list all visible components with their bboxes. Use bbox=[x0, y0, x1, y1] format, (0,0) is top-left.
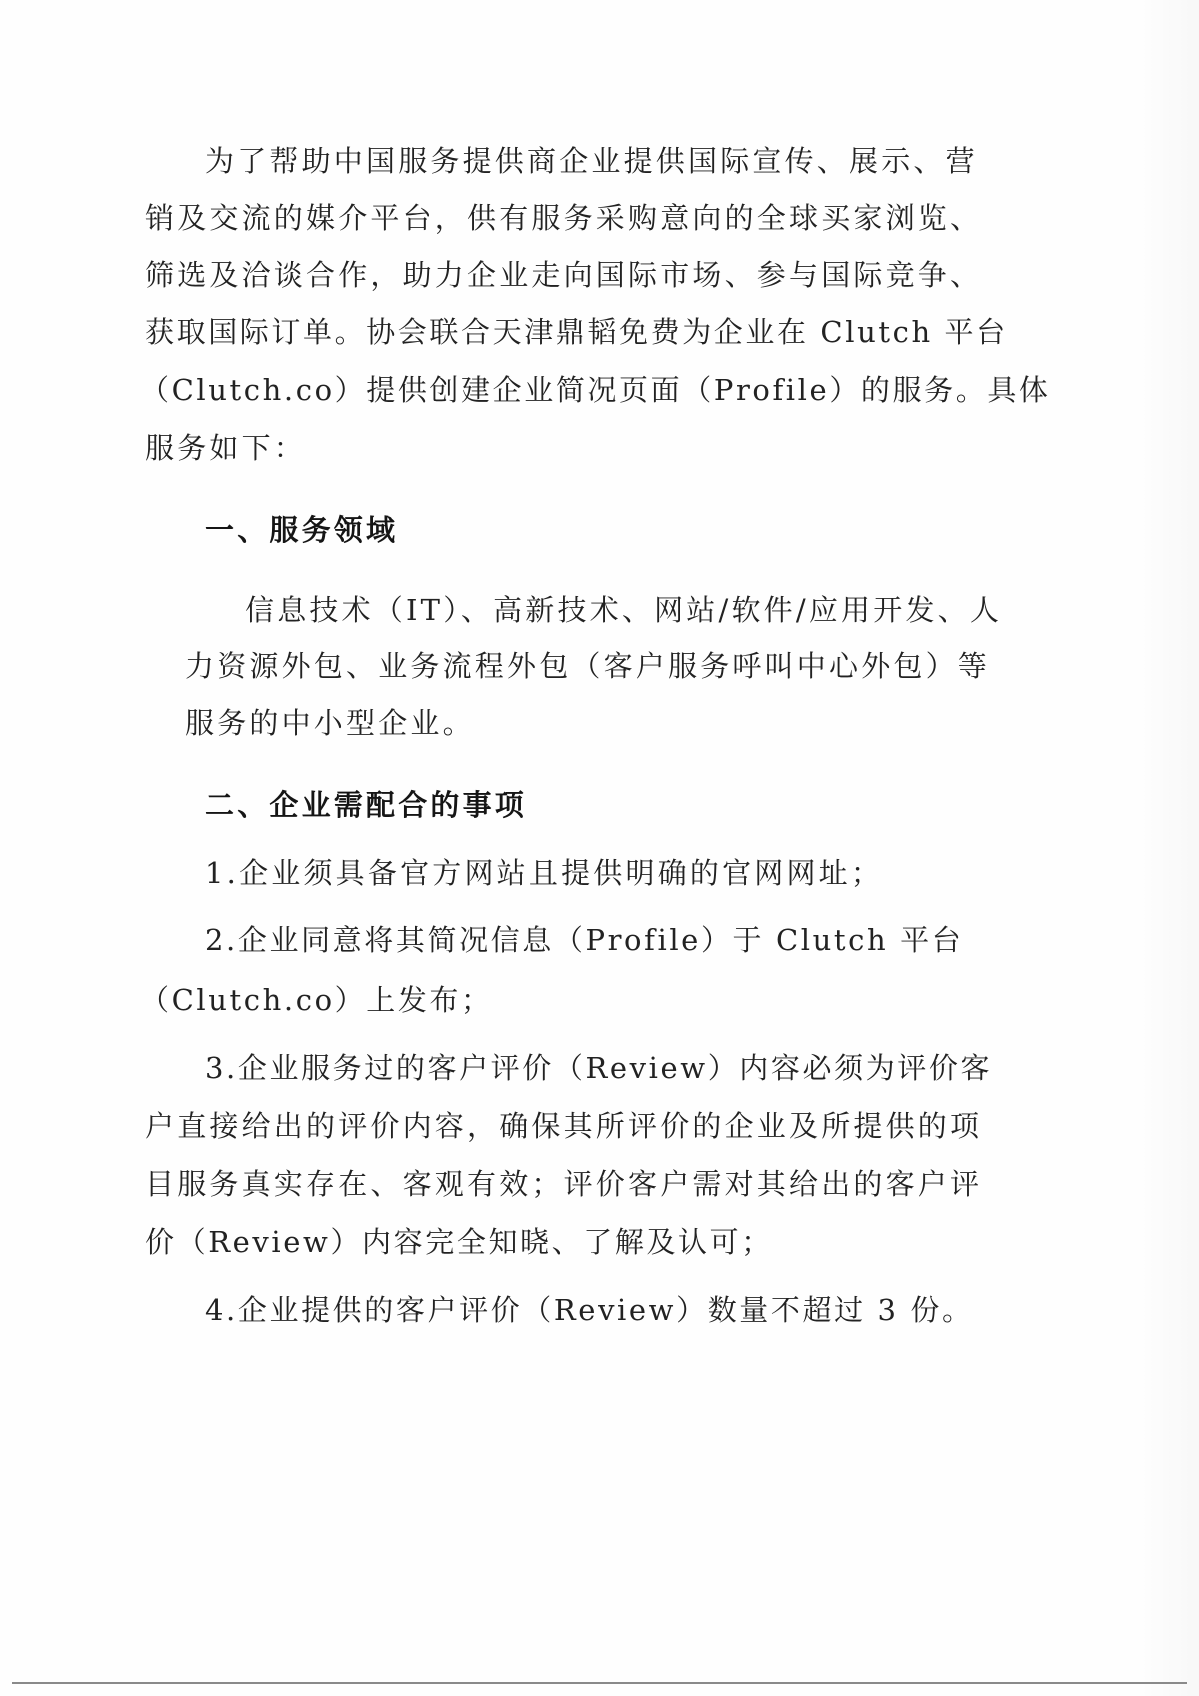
section-heading: 一、服务领域 bbox=[205, 510, 398, 550]
list-item-line: 户直接给出的评价内容，确保其所评价的企业及所提供的项 bbox=[145, 1106, 982, 1146]
page-bottom-rule bbox=[12, 1682, 1187, 1684]
paragraph-line: 信息技术（IT）、高新技术、网站/软件/应用开发、人 bbox=[245, 590, 1002, 630]
list-item-line: 目服务真实存在、客观有效；评价客户需对其给出的客户评 bbox=[145, 1164, 982, 1204]
paragraph-line: 服务的中小型企业。 bbox=[185, 703, 475, 743]
paragraph-line: 服务如下： bbox=[145, 428, 306, 468]
paragraph-line: （Clutch.co）提供创建企业简况页面（Profile）的服务。具体 bbox=[140, 370, 1051, 410]
list-item-line: 价（Review）内容完全知晓、了解及认可； bbox=[145, 1222, 773, 1262]
list-item-line: 3.企业服务过的客户评价（Review）内容必须为评价客 bbox=[205, 1048, 992, 1088]
document-page: 为了帮助中国服务提供商企业提供国际宣传、展示、营 销及交流的媒介平台，供有服务采… bbox=[0, 0, 1199, 1696]
paragraph-line: 销及交流的媒介平台，供有服务采购意向的全球买家浏览、 bbox=[145, 198, 982, 238]
paragraph-line: 力资源外包、业务流程外包（客户服务呼叫中心外包）等 bbox=[185, 646, 990, 686]
paragraph-line: 为了帮助中国服务提供商企业提供国际宣传、展示、营 bbox=[205, 141, 978, 181]
paragraph-line: 筛选及洽谈合作，助力企业走向国际市场、参与国际竞争、 bbox=[145, 255, 982, 295]
list-item-line: 4.企业提供的客户评价（Review）数量不超过 3 份。 bbox=[205, 1290, 974, 1330]
list-item-line: 2.企业同意将其简况信息（Profile）于 Clutch 平台 bbox=[205, 920, 963, 960]
list-item-line: （Clutch.co）上发布； bbox=[140, 980, 493, 1020]
paragraph-line: 获取国际订单。协会联合天津鼎韬免费为企业在 Clutch 平台 bbox=[145, 312, 1008, 352]
section-heading: 二、企业需配合的事项 bbox=[205, 785, 527, 825]
scan-edge-shading bbox=[1139, 0, 1199, 1696]
list-item-line: 1.企业须具备官方网站且提供明确的官网网址； bbox=[205, 853, 883, 893]
